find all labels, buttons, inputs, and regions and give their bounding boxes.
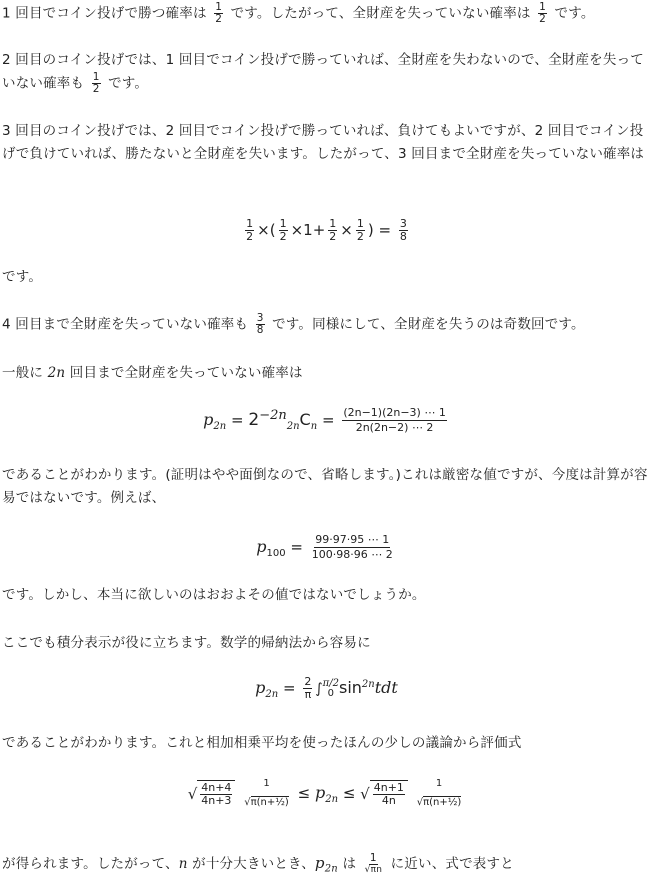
equation-p2n-binomial: p2n = 2−2n2nCn = (2n−1)(2n−3) ⋯ 12n(2n−2… bbox=[0, 406, 653, 435]
text: であることがわかります。これと相加相乗平均を使ったほんの少しの議論から評価式 bbox=[2, 735, 522, 751]
p-symbol: p bbox=[255, 678, 265, 697]
math-2n: 2n bbox=[48, 365, 66, 381]
paragraph-3: 3 回目のコイン投げでは、2 回目でコイン投げで勝っていれば、負けてもよいですが… bbox=[2, 120, 650, 166]
text: ここでも積分表示が役に立ちます。数学的帰納法から容易に bbox=[2, 635, 371, 651]
radicand: 4n+14n bbox=[370, 780, 408, 807]
text: が十分大きいとき、 bbox=[192, 856, 315, 872]
fraction: 12 bbox=[245, 218, 254, 243]
subscript: 2n bbox=[325, 794, 338, 805]
math-n: n bbox=[179, 856, 188, 872]
text: です。 bbox=[2, 269, 42, 285]
equation-inequality: √4n+44n+3 1√π(n+½) ≤ p2n ≤ √4n+14n 1√π(n… bbox=[0, 778, 653, 809]
fraction-three-eighths: 38 bbox=[256, 313, 265, 336]
times-symbol: × bbox=[340, 221, 353, 239]
fraction: 4n+44n+3 bbox=[200, 782, 232, 807]
less-equal-symbol: ≤ bbox=[298, 784, 311, 802]
subscript: 2n bbox=[265, 689, 278, 700]
equals-symbol: = bbox=[379, 221, 392, 239]
fraction: 4n+14n bbox=[373, 782, 405, 807]
text: です。したがって、全財産を失っていない確率は bbox=[231, 6, 531, 22]
fraction: 12 bbox=[328, 218, 337, 243]
text: 一般に bbox=[2, 365, 43, 381]
text: 3 回目のコイン投げでは、2 回目でコイン投げで勝っていれば、負けてもよいですが… bbox=[2, 123, 644, 162]
equals-symbol: = bbox=[231, 411, 244, 429]
fraction: 1√π(n+½) bbox=[416, 778, 463, 809]
text: は bbox=[342, 856, 356, 872]
paragraph-5: 4 回目まで全財産を失っていない確率も 38 です。同様にして、全財産を失うのは… bbox=[2, 313, 650, 337]
fraction-one-over-sqrt-pi-n: 1√πn bbox=[364, 853, 383, 876]
radicand: 4n+44n+3 bbox=[197, 780, 235, 807]
base: 2 bbox=[248, 410, 259, 430]
paren-open: ( bbox=[270, 221, 276, 239]
sqrt-denominator: √π(n+½) bbox=[416, 797, 463, 809]
sqrt-denominator: √π(n+½) bbox=[243, 797, 290, 809]
fraction-one-half: 12 bbox=[538, 2, 547, 25]
text: 1 回目でコイン投げで勝つ確率は bbox=[2, 6, 207, 22]
equation-integral: p2n = 2π∫π/20sin2ntdt bbox=[0, 676, 653, 701]
paragraph-10: であることがわかります。これと相加相乗平均を使ったほんの少しの議論から評価式 bbox=[2, 732, 650, 755]
plus-symbol: + bbox=[313, 221, 326, 239]
text: です。 bbox=[555, 6, 595, 22]
integrand-tail: tdt bbox=[375, 678, 398, 697]
equals-symbol: = bbox=[283, 679, 296, 697]
paragraph-8: です。しかし、本当に欲しいのはおおよその値ではないでしょうか。 bbox=[2, 584, 650, 607]
text: が得られます。したがって、 bbox=[2, 856, 179, 872]
upper-limit: π/2 bbox=[323, 679, 339, 689]
subscript: 2n bbox=[287, 421, 300, 432]
subscript: 100 bbox=[267, 548, 286, 559]
text: であることがわかります。(証明はやや面倒なので、省略します。)これは厳密な値です… bbox=[2, 467, 648, 506]
p-symbol: p bbox=[315, 783, 325, 802]
fraction: 99·97·95 ⋯ 1100·98·96 ⋯ 2 bbox=[311, 533, 394, 562]
equals-symbol: = bbox=[322, 411, 335, 429]
p-symbol: p bbox=[203, 410, 213, 429]
equation-p100: p100 = 99·97·95 ⋯ 1100·98·96 ⋯ 2 bbox=[0, 533, 653, 562]
times-symbol: × bbox=[257, 221, 270, 239]
paragraph-7: であることがわかります。(証明はやや面倒なので、省略します。)これは厳密な値です… bbox=[2, 464, 650, 510]
lower-limit: 0 bbox=[323, 689, 339, 699]
document-page: 1 回目でコイン投げで勝つ確率は 12 です。したがって、全財産を失っていない確… bbox=[0, 0, 653, 886]
square-root: √4n+44n+3 bbox=[188, 780, 236, 807]
p-symbol: p bbox=[315, 854, 325, 872]
fraction-result: 38 bbox=[399, 218, 408, 243]
binomial-c: C bbox=[300, 410, 311, 429]
fraction: (2n−1)(2n−3) ⋯ 12n(2n−2) ⋯ 2 bbox=[342, 406, 447, 435]
radical-icon: √ bbox=[188, 785, 198, 803]
fraction: 1√π(n+½) bbox=[243, 778, 290, 809]
equation-three-eighths: 12×(12×1+12×12) = 38 bbox=[0, 218, 653, 243]
text: に近い、式で表すと bbox=[391, 856, 514, 872]
paren-close: ) bbox=[368, 221, 374, 239]
times-symbol: × bbox=[291, 221, 304, 239]
text: です。 bbox=[108, 76, 148, 92]
one: 1 bbox=[303, 221, 313, 239]
paragraph-11: が得られます。したがって、n が十分大きいとき、p2n は 1√πn に近い、式… bbox=[2, 852, 650, 881]
radical-icon: √ bbox=[244, 797, 250, 808]
sin-function: sin bbox=[339, 678, 362, 697]
integral-symbol: ∫ bbox=[315, 681, 322, 697]
text: です。同様にして、全財産を失うのは奇数回です。 bbox=[272, 317, 585, 333]
p-symbol: p bbox=[256, 537, 266, 556]
exponent: −2n bbox=[259, 408, 287, 423]
less-equal-symbol: ≤ bbox=[343, 784, 356, 802]
text: 回目まで全財産を失っていない確率は bbox=[70, 365, 303, 381]
paragraph-4: です。 bbox=[2, 266, 650, 289]
paragraph-9: ここでも積分表示が役に立ちます。数学的帰納法から容易に bbox=[2, 632, 650, 655]
paragraph-2: 2 回目のコイン投げでは、1 回目でコイン投げで勝っていれば、全財産を失わないの… bbox=[2, 49, 650, 96]
fraction: 12 bbox=[356, 218, 365, 243]
equals-symbol: = bbox=[290, 538, 303, 556]
fraction-one-half: 12 bbox=[214, 2, 223, 25]
integral-limits: π/20 bbox=[323, 679, 339, 699]
square-root: √4n+14n bbox=[360, 780, 408, 807]
paragraph-6: 一般に 2n 回目まで全財産を失っていない確率は bbox=[2, 362, 650, 385]
text: 4 回目まで全財産を失っていない確率も bbox=[2, 317, 248, 333]
subscript: n bbox=[311, 421, 317, 432]
text: です。しかし、本当に欲しいのはおおよその値ではないでしょうか。 bbox=[2, 587, 426, 603]
paragraph-1: 1 回目でコイン投げで勝つ確率は 12 です。したがって、全財産を失っていない確… bbox=[2, 2, 650, 26]
fraction-one-half: 12 bbox=[92, 72, 101, 95]
subscript: 2n bbox=[325, 864, 338, 875]
fraction: 12 bbox=[279, 218, 288, 243]
fraction-two-over-pi: 2π bbox=[303, 676, 312, 701]
radical-icon: √ bbox=[360, 785, 370, 803]
subscript: 2n bbox=[213, 421, 226, 432]
exponent: 2n bbox=[362, 679, 375, 690]
